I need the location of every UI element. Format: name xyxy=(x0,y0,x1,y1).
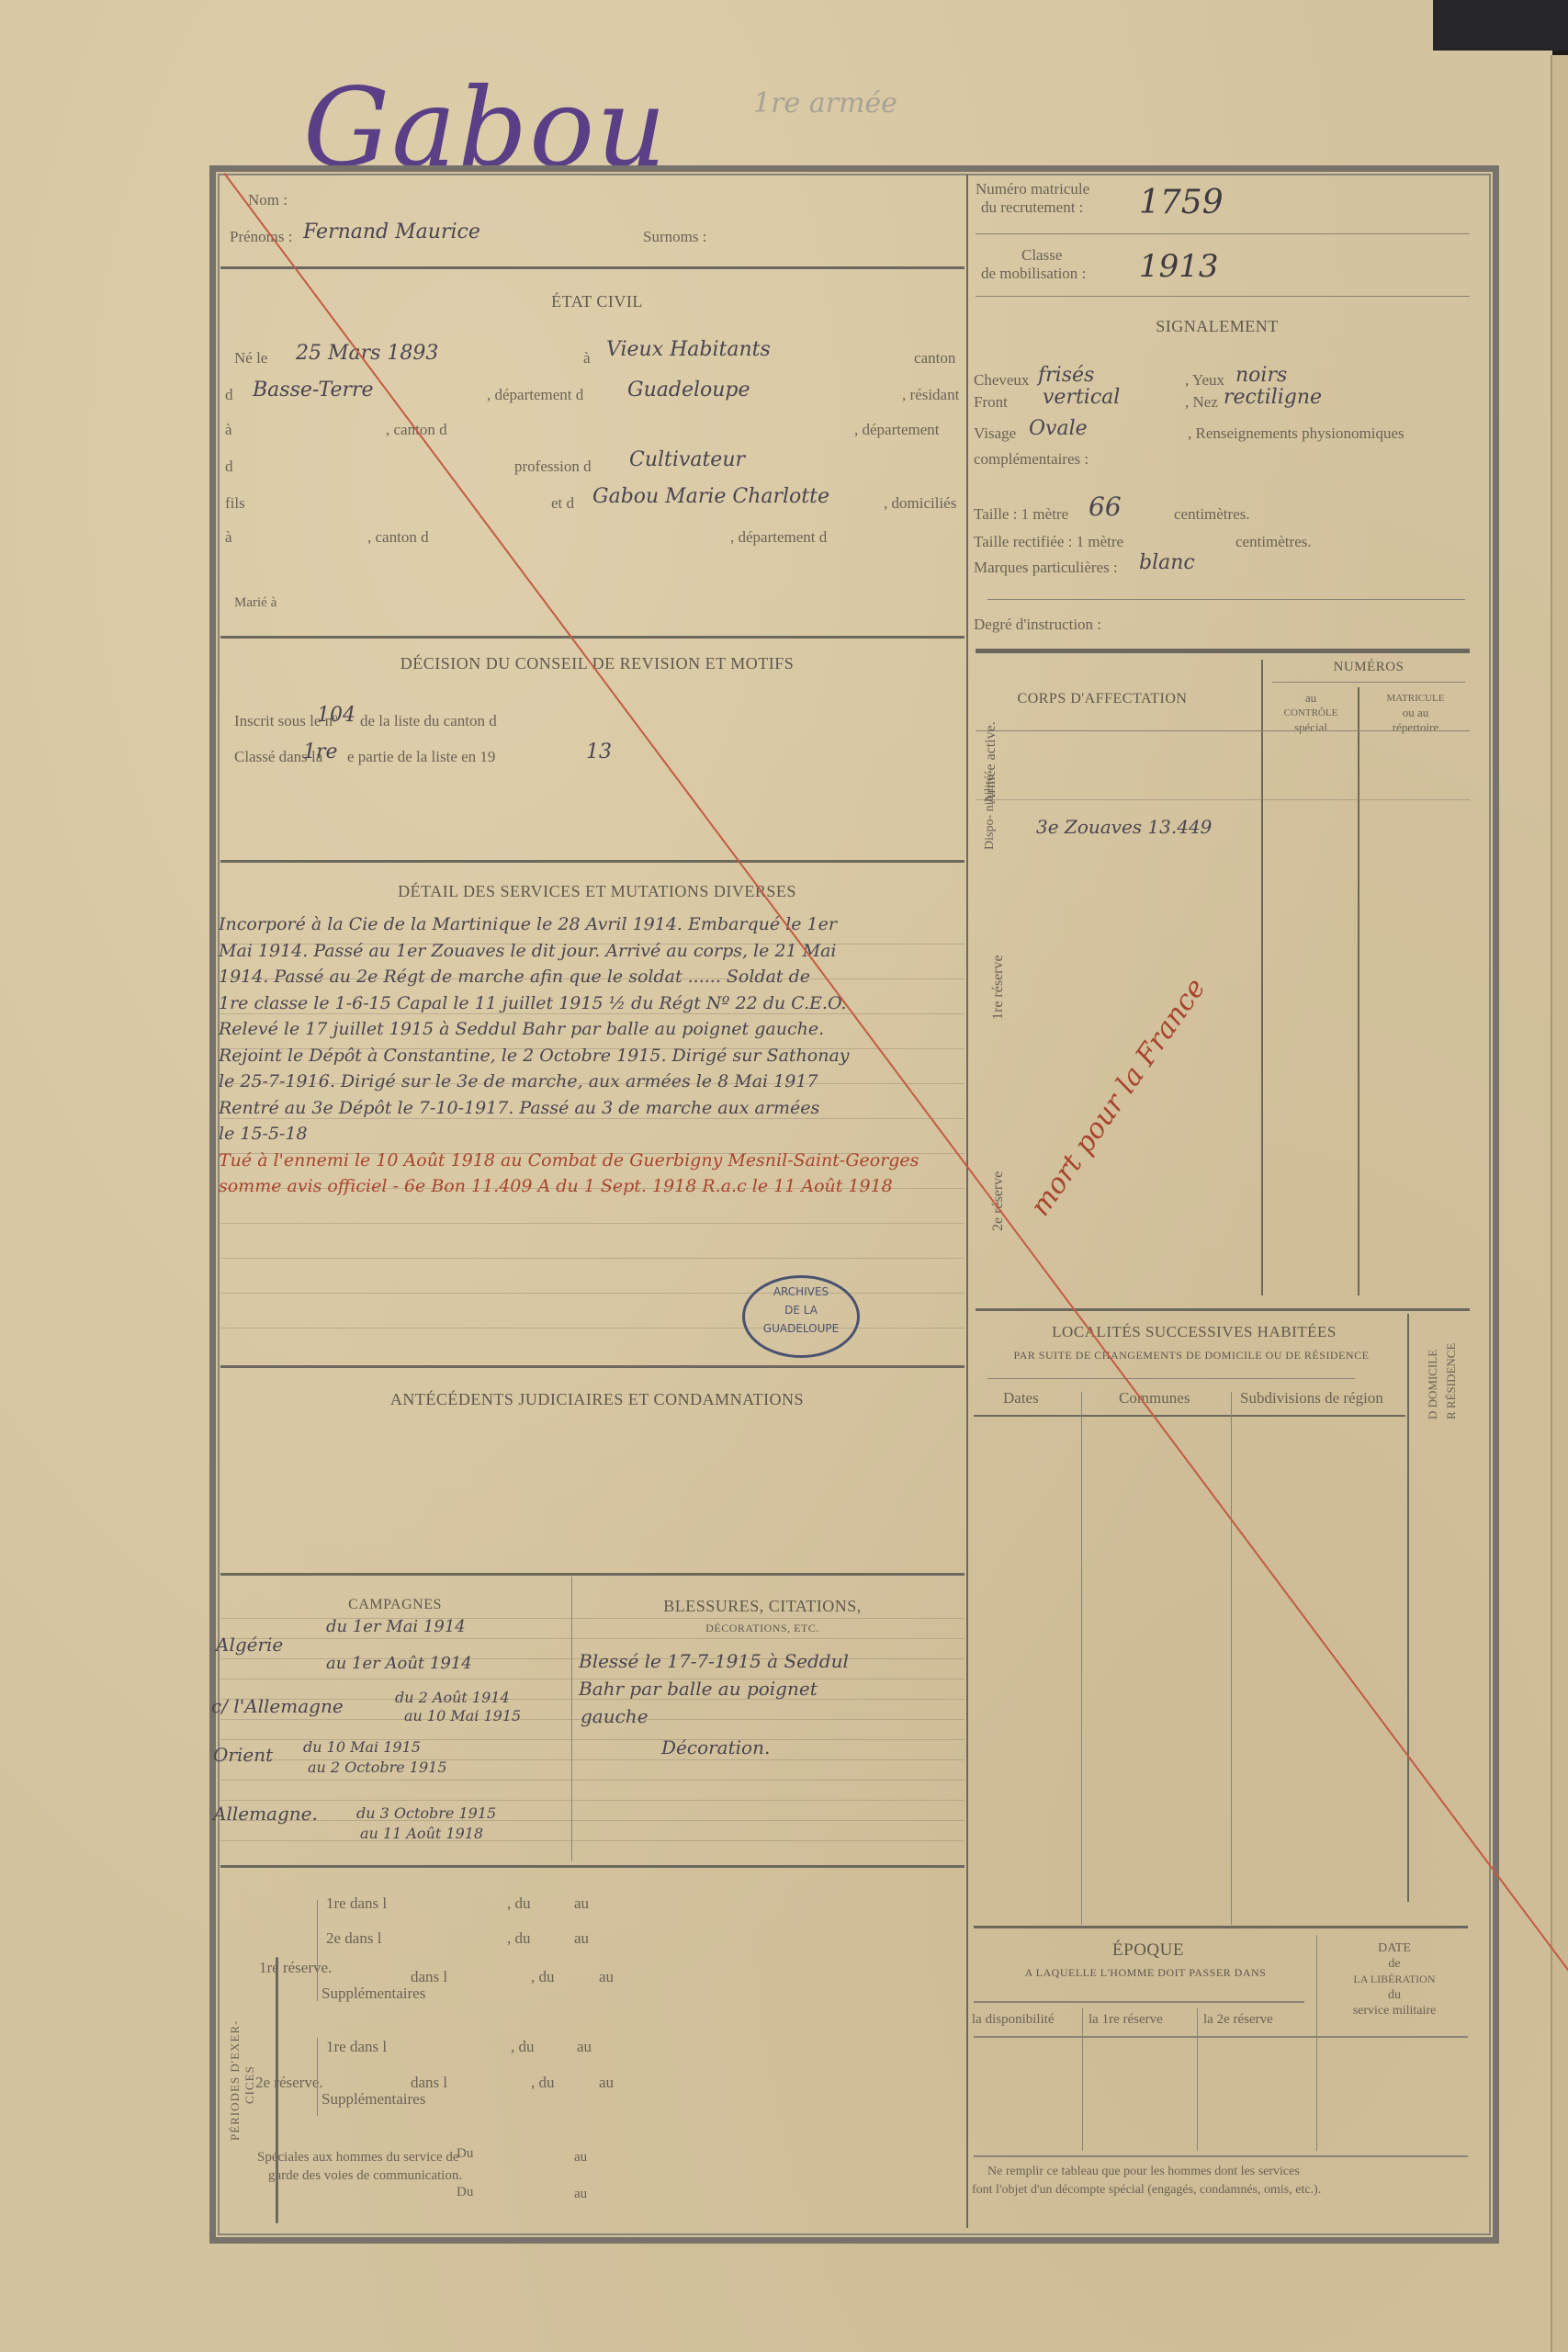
cheveux-label: Cheveux xyxy=(974,371,1029,390)
numeros-title: NUMÉROS xyxy=(1304,660,1433,675)
prenoms-value: Fernand Maurice xyxy=(303,220,480,243)
r2-row-label: 1re dans l xyxy=(326,2038,387,2056)
supplementaires2-label: Supplémentaires xyxy=(321,2090,425,2109)
classe-partie-value: 1re xyxy=(303,741,338,763)
brace xyxy=(317,2038,318,2116)
partie-label: e partie de la liste en 19 xyxy=(347,748,495,766)
reserve2-label: 2e réserve. xyxy=(255,2074,323,2092)
profession-label: profession d xyxy=(514,458,592,476)
blessures-line: Bahr par balle au poignet xyxy=(579,1678,818,1700)
date-title-5: service militaire xyxy=(1321,2003,1468,2018)
services-line: Mai 1914. Passé au 1er Zouaves le dit jo… xyxy=(219,938,964,965)
speciales-du-2: Du xyxy=(457,2185,473,2200)
divider xyxy=(1272,682,1465,683)
divider xyxy=(974,2001,1304,2003)
campagne-du: du 1er Mai 1914 xyxy=(326,1617,466,1636)
reserve1-label: 1re réserve. xyxy=(259,1959,332,1977)
date-title-1: DATE xyxy=(1321,1940,1468,1956)
row-label-1re-reserve: 1re réserve xyxy=(990,955,1007,1020)
r1-row-au: au xyxy=(574,1929,589,1948)
register-page: Gabou 1re armée Nom : Prénoms : Fernand … xyxy=(0,0,1552,2352)
campagne-lieu: Algérie xyxy=(216,1634,283,1656)
annee-value: 13 xyxy=(586,741,612,763)
matricule-label-2: du recrutement : xyxy=(981,198,1083,217)
surnoms-label: Surnoms : xyxy=(643,228,706,246)
departement-d-label: , département d xyxy=(730,528,827,547)
complementaires-label: complémentaires : xyxy=(974,450,1089,469)
blessures-line: Blessé le 17-7-1915 à Seddul xyxy=(579,1650,849,1672)
col-controle-2: CONTRÔLE xyxy=(1266,706,1356,720)
stamp-line-2: DE LA xyxy=(745,1304,857,1317)
periodes-title-1: PÉRIODES D'EXER- xyxy=(228,2020,243,2141)
centimetres2-label: centimètres. xyxy=(1235,533,1312,551)
profession-value: Cultivateur xyxy=(629,448,745,471)
departement-label: , département d xyxy=(487,386,583,404)
col-divider xyxy=(1082,2008,1083,2151)
services-title: DÉTAIL DES SERVICES ET MUTATIONS DIVERSE… xyxy=(321,882,873,901)
departement-value: Guadeloupe xyxy=(627,379,750,401)
divider xyxy=(974,1415,1405,1417)
campagnes-ruled-area xyxy=(220,1599,964,1860)
canton-d2-label: , canton d xyxy=(367,528,429,547)
divider xyxy=(976,799,1470,800)
brace xyxy=(317,1900,318,2001)
campagne-lieu: Orient xyxy=(213,1744,273,1766)
r1-row-du: , du xyxy=(507,1894,531,1913)
col-divider xyxy=(1231,1392,1232,1925)
ne-le-label: Né le xyxy=(234,349,267,367)
col-divider xyxy=(1197,2008,1198,2151)
services-line: Rejoint le Dépôt à Constantine, le 2 Oct… xyxy=(219,1043,964,1069)
classe-label-2: de mobilisation : xyxy=(981,265,1086,283)
antecedents-title: ANTÉCÉDENTS JUDICIAIRES ET CONDAMNATIONS xyxy=(321,1390,873,1409)
periodes-vertical-title: PÉRIODES D'EXER- CICES xyxy=(228,2020,257,2141)
front-value: vertical xyxy=(1043,386,1120,409)
campagne-lieu: Allemagne. xyxy=(213,1803,318,1825)
divider xyxy=(976,1308,1470,1311)
canton-label: canton xyxy=(914,349,955,367)
col-matricule-3: répertoire xyxy=(1361,720,1470,735)
a2-label: à xyxy=(225,421,232,439)
divider xyxy=(974,1926,1468,1928)
yeux-value: noirs xyxy=(1235,364,1287,387)
blessures-subtitle: DÉCORATIONS, ETC. xyxy=(643,1622,882,1635)
nez-value: rectiligne xyxy=(1224,386,1322,409)
campagne-au: au 10 Mai 1915 xyxy=(404,1707,521,1724)
divider xyxy=(987,1378,1355,1379)
marie-label: Marié à xyxy=(234,595,276,611)
ne-le-value: 25 Mars 1893 xyxy=(296,342,438,365)
matricule-value: 1759 xyxy=(1139,184,1224,221)
divider xyxy=(220,636,964,639)
visage-value: Ovale xyxy=(1029,417,1088,440)
fils-label: fils xyxy=(225,494,245,513)
active-label: active. xyxy=(983,721,998,760)
localites-title: LOCALITÉS SUCCESSIVES HABITÉES xyxy=(983,1323,1405,1341)
next-page-edge xyxy=(1551,55,1568,2352)
divider xyxy=(220,860,964,863)
col-divider xyxy=(1316,1935,1317,2151)
campagne-au: au 11 Août 1918 xyxy=(360,1825,483,1842)
signalement-title: SIGNALEMENT xyxy=(1144,317,1291,336)
r1-row-du: , du xyxy=(507,1929,531,1948)
decoration-value: Décoration. xyxy=(661,1736,770,1758)
nom-label: Nom : xyxy=(248,191,288,209)
speciales-au-2: au xyxy=(574,2187,587,2202)
stamp-line-3: GUADELOUPE xyxy=(745,1322,857,1335)
col-dates: Dates xyxy=(1003,1389,1039,1408)
marques-value: blanc xyxy=(1139,551,1195,574)
visage-label: Visage xyxy=(974,424,1016,443)
date-title-2: de xyxy=(1321,1956,1468,1972)
divider xyxy=(976,730,1470,731)
divider xyxy=(976,296,1470,297)
classe-value: 1913 xyxy=(1139,248,1219,285)
col-divider xyxy=(1261,660,1263,1295)
taille-rectifiee-label: Taille rectifiée : 1 mètre xyxy=(974,533,1123,551)
services-red-line: somme avis officiel - 6e Bon 11.409 A du… xyxy=(219,1173,964,1200)
speciales-du-1: Du xyxy=(457,2146,473,2162)
col-matricule-header: MATRICULE ou au répertoire xyxy=(1361,691,1470,735)
services-line: le 25-7-1916. Dirigé sur le 3e de marche… xyxy=(219,1069,964,1095)
services-text: Incorporé à la Cie de la Martinique le 2… xyxy=(219,911,964,1200)
campagne-au: au 2 Octobre 1915 xyxy=(308,1758,447,1776)
epoque-title: ÉPOQUE xyxy=(1084,1940,1213,1961)
localites-subtitle: PAR SUITE DE CHANGEMENTS DE DOMICILE OU … xyxy=(966,1349,1416,1363)
dans2-label: dans l xyxy=(411,2074,447,2092)
divider xyxy=(220,1865,964,1868)
lieu-naissance-value: Vieux Habitants xyxy=(606,338,771,361)
divider xyxy=(220,266,964,269)
speciales-label-2: garde des voies de communication. xyxy=(268,2168,462,2184)
dispo-label: Dispo- xyxy=(983,815,997,850)
corps-affectation-title: CORPS D'AFFECTATION xyxy=(1001,691,1203,707)
col-domicile: D DOMICILE xyxy=(1426,1350,1440,1419)
supplementaires-label: Supplémentaires xyxy=(321,1984,425,2003)
background-strip xyxy=(1433,0,1568,51)
archives-stamp: ARCHIVES DE LA GUADELOUPE xyxy=(742,1275,860,1358)
row-label-disponibilite: Dispo- nibilité xyxy=(983,775,998,850)
r2-row-du: , du xyxy=(511,2038,535,2056)
degre-instruction-label: Degré d'instruction : xyxy=(974,616,1101,634)
r2-row-au: au xyxy=(577,2038,592,2056)
taille-label: Taille : 1 mètre xyxy=(974,505,1068,524)
du-label: , du xyxy=(531,1968,555,1986)
divider xyxy=(987,599,1465,600)
date-liberation-header: DATE de LA LIBÉRATION du service militai… xyxy=(1321,1940,1468,2018)
etat-civil-title: ÉTAT CIVIL xyxy=(505,292,689,311)
col-divider xyxy=(1081,1392,1082,1925)
a3-label: à xyxy=(225,528,232,547)
col-matricule-2: ou au xyxy=(1361,706,1470,720)
campagne-au: au 1er Août 1914 xyxy=(326,1654,472,1673)
col-subdivisions: Subdivisions de région xyxy=(1240,1389,1383,1408)
blessures-title: BLESSURES, CITATIONS, xyxy=(625,1597,900,1616)
d2-label: d xyxy=(225,458,233,476)
col-divider xyxy=(1358,687,1359,1295)
col-disponibilite: la disponibilité xyxy=(972,2012,1055,2028)
liste-canton-label: de la liste du canton d xyxy=(360,712,497,730)
col-divider xyxy=(1407,1314,1409,1902)
et-d-label: et d xyxy=(551,494,574,513)
divider xyxy=(974,2155,1468,2157)
services-red-line: Tué à l'ennemi le 10 Août 1918 au Combat… xyxy=(219,1148,964,1174)
campagne-du: du 3 Octobre 1915 xyxy=(356,1804,496,1822)
campagne-du: du 10 Mai 1915 xyxy=(303,1738,421,1756)
matricule-label-1: Numéro matricule xyxy=(976,180,1089,198)
col-reserve1: la 1re réserve xyxy=(1089,2012,1163,2028)
speciales-au-1: au xyxy=(574,2150,587,2165)
col-communes: Communes xyxy=(1119,1389,1190,1408)
front-label: Front xyxy=(974,393,1008,412)
speciales-label-1: Spéciales aux hommes du service de xyxy=(257,2150,459,2165)
campagne-du: du 2 Août 1914 xyxy=(395,1689,510,1706)
campagnes-title: CAMPAGNES xyxy=(303,1597,487,1613)
services-line: Rentré au 3e Dépôt le 7-10-1917. Passé a… xyxy=(219,1095,964,1122)
centimetres-label: centimètres. xyxy=(1174,505,1250,524)
du2-label: , du xyxy=(531,2074,555,2092)
col-controle-header: au CONTRÔLE spécial xyxy=(1266,691,1356,735)
taille-value: 66 xyxy=(1089,492,1122,522)
residant-label: , résidant xyxy=(902,386,959,404)
au2-label: au xyxy=(599,2074,614,2092)
col-controle-3: spécial xyxy=(1266,720,1356,735)
divider xyxy=(220,1365,964,1368)
r1-row-label: 1re dans l xyxy=(326,1894,387,1913)
col-reserve2: la 2e réserve xyxy=(1203,2012,1273,2028)
date-title-3: LA LIBÉRATION xyxy=(1321,1972,1468,1987)
divider xyxy=(976,650,1470,653)
marques-label: Marques particulières : xyxy=(974,559,1118,577)
departement2-label: , département xyxy=(854,421,940,439)
nez-label: , Nez xyxy=(1185,393,1218,412)
domicilies-label: , domiciliés xyxy=(884,494,956,513)
inscrit-value: 104 xyxy=(317,704,355,727)
epoque-note-2: font l'objet d'un décompte spécial (enga… xyxy=(972,2183,1321,2198)
date-title-4: du xyxy=(1321,1987,1468,2003)
a-label: à xyxy=(583,349,591,367)
renseignements-label: , Renseignements physionomiques xyxy=(1188,424,1404,443)
au-label: au xyxy=(599,1968,614,1986)
blessures-line: gauche xyxy=(581,1705,649,1727)
divider xyxy=(976,233,1470,234)
disponibilite-value: 3e Zouaves 13.449 xyxy=(1036,816,1212,838)
pencil-note: 1re armée xyxy=(753,87,897,119)
r1-row-label: 2e dans l xyxy=(326,1929,381,1948)
services-line: le 15-5-18 xyxy=(219,1121,964,1148)
services-line: Relevé le 17 juillet 1915 à Seddul Bahr … xyxy=(219,1016,964,1043)
services-line: Incorporé à la Cie de la Martinique le 2… xyxy=(219,911,964,938)
dans-label: dans l xyxy=(411,1968,447,1986)
divider xyxy=(974,2036,1468,2038)
r1-row-au: au xyxy=(574,1894,589,1913)
canton-value: Basse-Terre xyxy=(253,379,374,401)
mere-value: Gabou Marie Charlotte xyxy=(592,485,829,508)
classe-label-1: Classe xyxy=(1021,246,1062,265)
epoque-subtitle: A LAQUELLE L'HOMME DOIT PASSER DANS xyxy=(976,1966,1315,1980)
column-divider xyxy=(966,175,968,2228)
col-residence: R RÉSIDENCE xyxy=(1444,1343,1459,1419)
cheveux-value: frisés xyxy=(1038,364,1094,387)
d-label: d xyxy=(225,386,233,404)
divider xyxy=(220,1573,964,1576)
yeux-label: , Yeux xyxy=(1185,371,1224,390)
col-divider xyxy=(571,1577,572,1861)
col-matricule-1: MATRICULE xyxy=(1361,691,1470,706)
campagne-lieu: c/ l'Allemagne xyxy=(211,1695,344,1717)
stamp-line-1: ARCHIVES xyxy=(745,1285,857,1298)
services-line: 1914. Passé au 2e Régt de marche afin qu… xyxy=(219,964,964,990)
prenoms-label: Prénoms : xyxy=(230,228,292,246)
nibilite-label: nibilité xyxy=(983,775,997,812)
col-controle-1: au xyxy=(1266,691,1356,706)
epoque-note-1: Ne remplir ce tableau que pour les homme… xyxy=(987,2165,1300,2179)
